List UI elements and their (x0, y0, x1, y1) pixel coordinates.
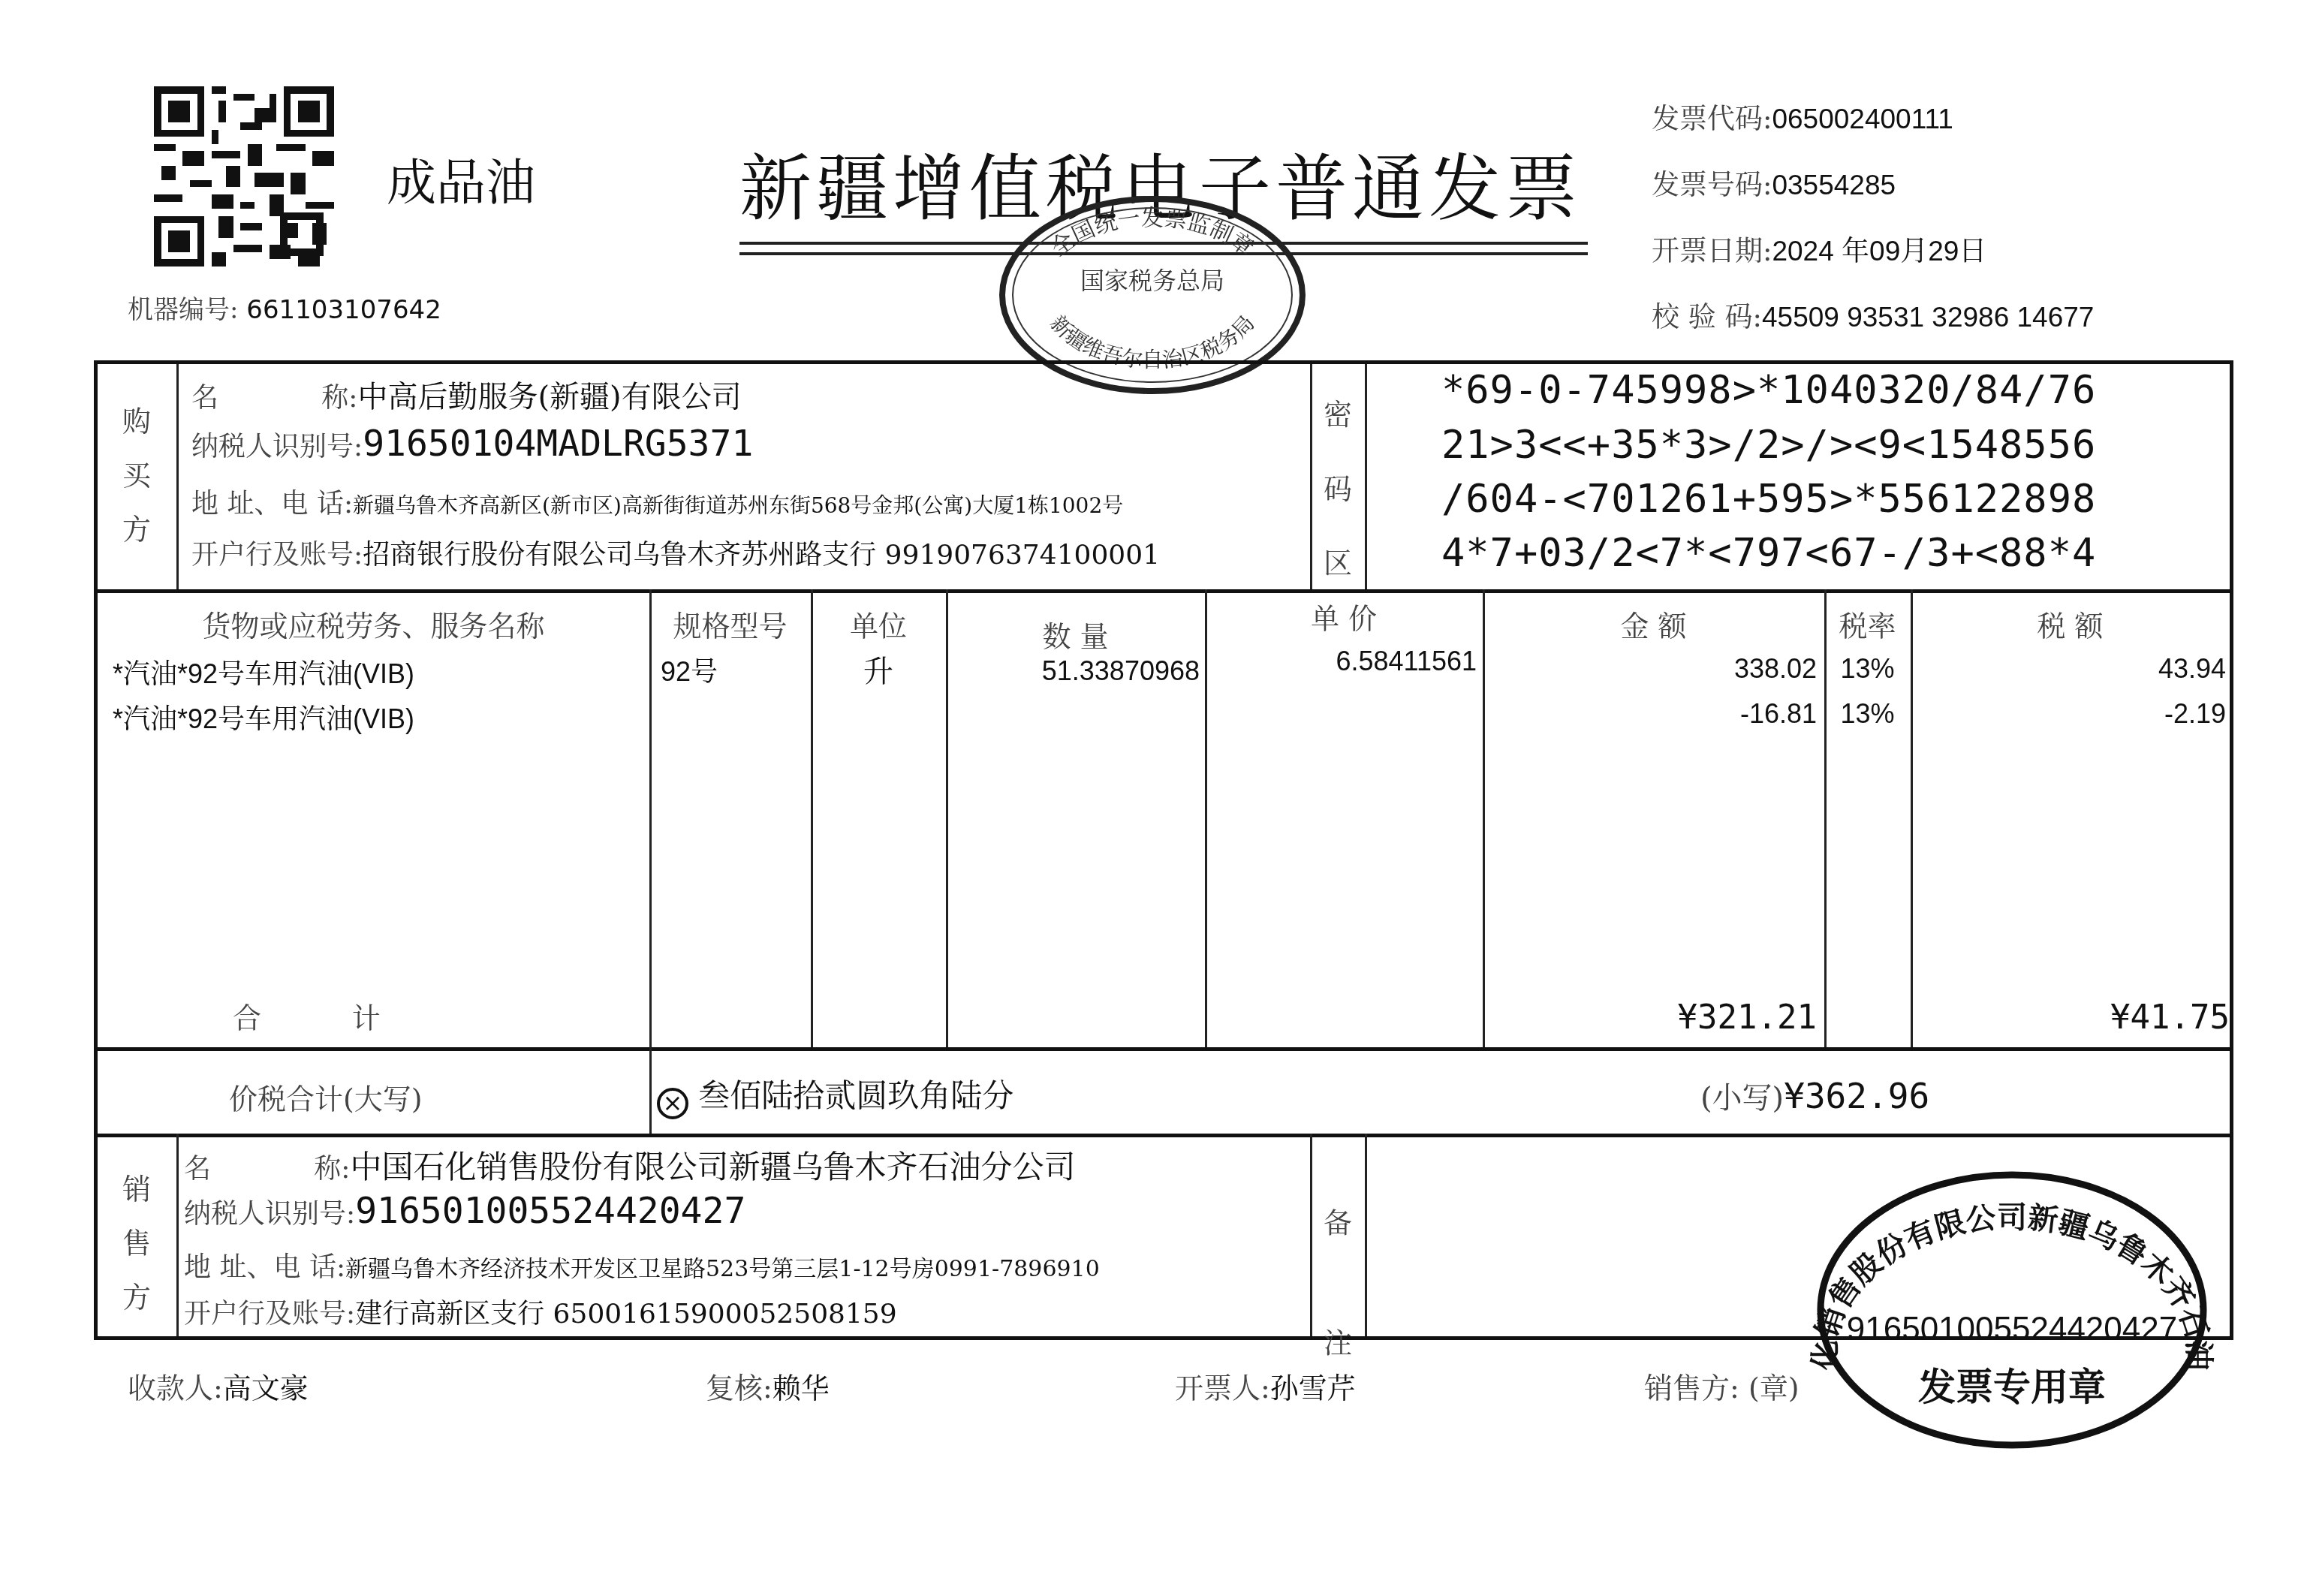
svg-text:916501005524420427: 916501005524420427 (1847, 1311, 2177, 1348)
item-rate: 13% (1824, 698, 1911, 730)
seller-address: 新疆乌鲁木齐经济技术开发区卫星路523号第三层1-12号房0991-789691… (345, 1256, 1100, 1282)
seller-section-label: 销售方 (114, 1162, 159, 1325)
item-amount: 338.02 (1483, 653, 1817, 685)
col-header-amount: 金 额 (1483, 603, 1824, 644)
password-area-label: 密码区 (1315, 378, 1360, 600)
seller-bank: 建行高新区支行 65001615900052508159 (355, 1299, 897, 1329)
issue-date-row: 开票日期:2024 年09月29日 (1652, 218, 2094, 285)
divider (649, 589, 652, 1047)
total-amount: ¥321.21 (1483, 998, 1817, 1037)
issue-date: 2024 年09月29日 (1772, 236, 1986, 267)
divider (1310, 1134, 1312, 1336)
item-tax: -2.19 (1911, 698, 2226, 730)
seller-seal-label: 销售方: (章) (1644, 1365, 1800, 1406)
item-spec: 92号 (661, 651, 718, 689)
divider (1365, 364, 1367, 589)
item-price: 6.58411561 (1205, 646, 1477, 677)
reviewer-name: 赖华 (773, 1372, 830, 1405)
payee-name: 高文豪 (223, 1372, 309, 1405)
divider (1310, 364, 1312, 589)
machine-number-label: 机器编号: (128, 295, 238, 325)
item-name: *汽油*92号车用汽油(VIB) (113, 653, 414, 691)
buyer-name: 中高后勤服务(新疆)有限公司 (357, 380, 741, 414)
seller-address-row: 地 址、电 话:新疆乌鲁木齐经济技术开发区卫星路523号第三层1-12号房099… (184, 1246, 1100, 1284)
invoice-category: 成品油 (387, 143, 535, 214)
item-qty: 51.33870968 (946, 655, 1200, 687)
col-header-qty: 数 量 (946, 613, 1205, 655)
machine-number-value: 661103107642 (246, 295, 441, 325)
grand-total-label: 价税合计(大写) (229, 1076, 423, 1117)
col-header-rate: 税率 (1824, 603, 1911, 644)
machine-number: 机器编号: 661103107642 (128, 289, 441, 326)
qr-code-icon (154, 86, 334, 267)
password-line: *69-0-745998>*1040320/84/76 (1441, 368, 2096, 413)
svg-text:国家税务总局: 国家税务总局 (1080, 267, 1224, 295)
grand-total-lowercase-row: (小写)¥362.96 (1700, 1074, 1929, 1117)
seller-name: 中国石化销售股份有限公司新疆乌鲁木齐石油分公司 (350, 1149, 1075, 1185)
invoice-code: 065002400111 (1772, 104, 1953, 134)
password-line: /604-<701261+595>*556122898 (1441, 477, 2096, 522)
item-amount: -16.81 (1483, 698, 1817, 730)
item-name: *汽油*92号车用汽油(VIB) (113, 698, 414, 736)
reviewer: 复核:赖华 (706, 1365, 830, 1406)
buyer-section-label: 购买方 (114, 394, 159, 557)
item-tax: 43.94 (1911, 653, 2226, 685)
svg-text:发票专用章: 发票专用章 (1918, 1365, 2106, 1409)
col-header-tax: 税 额 (1911, 603, 2230, 644)
payee: 收款人:高文豪 (128, 1365, 309, 1406)
seller-tax-id-row: 纳税人识别号:916501005524420427 (184, 1190, 745, 1232)
seller-tax-id: 916501005524420427 (355, 1190, 745, 1232)
seller-invoice-stamp-icon: 中国石化销售股份有限公司新疆乌鲁木齐石油分公司 9165010055244204… (1809, 1156, 2215, 1456)
grand-total-uppercase-row: × 叁佰陆拾贰圆玖角陆分 (657, 1071, 1013, 1119)
invoice-code-row: 发票代码:065002400111 (1652, 86, 2094, 152)
buyer-address-row: 地 址、电 话:新疆乌鲁木齐高新区(新市区)高新街街道苏州东街568号金邦(公寓… (191, 483, 1123, 521)
buyer-tax-id: 91650104MADLRG5371 (363, 423, 753, 465)
grand-total-row: 价税合计(大写) × 叁佰陆拾贰圆玖角陆分 (小写)¥362.96 (98, 1047, 2230, 1134)
seller-name-row: 名 称:中国石化销售股份有限公司新疆乌鲁木齐石油分公司 (184, 1143, 1075, 1188)
item-unit: 升 (811, 648, 946, 691)
item-rate: 13% (1824, 653, 1911, 685)
invoice-number: 03554285 (1772, 170, 1896, 200)
check-code: 45509 93531 32986 14677 (1762, 302, 2094, 333)
buyer-bank-row: 开户行及账号:招商银行股份有限公司乌鲁木齐苏州路支行 9919076374100… (191, 534, 1160, 572)
grand-total-lowercase: ¥362.96 (1784, 1076, 1929, 1116)
invoice-number-row: 发票号码:03554285 (1652, 152, 2094, 218)
check-code-row: 校 验 码:45509 93531 32986 14677 (1652, 285, 2094, 351)
buyer-address: 新疆乌鲁木齐高新区(新市区)高新街街道苏州东街568号金邦(公寓)大厦1栋100… (353, 493, 1123, 518)
divider (176, 364, 179, 589)
buyer-name-row: 名 称:中高后勤服务(新疆)有限公司 (191, 373, 742, 416)
circle-x-icon: × (657, 1088, 688, 1119)
col-header-spec: 规格型号 (649, 603, 811, 644)
col-header-unit: 单位 (811, 603, 946, 644)
buyer-tax-id-row: 纳税人识别号:91650104MADLRG5371 (191, 423, 753, 465)
divider (176, 1134, 179, 1336)
divider (649, 1047, 652, 1134)
divider (1365, 1134, 1367, 1336)
col-header-name: 货物或应税劳务、服务名称 (98, 603, 649, 644)
password-line: 21>3<<+35*3>/2>/><9<1548556 (1441, 423, 2096, 468)
total-label: 合 计 (233, 995, 381, 1036)
issuer: 开票人:孙雪芹 (1175, 1365, 1356, 1406)
invoice-meta: 发票代码:065002400111 发票号码:03554285 开票日期:202… (1652, 86, 2094, 351)
items-section: 货物或应税劳务、服务名称 规格型号 单位 数 量 单 价 金 额 税率 税 额 … (98, 589, 2230, 1047)
password-line: 4*7+03/2<7*<797<67-/3+<88*4 (1441, 531, 2096, 576)
issuer-name: 孙雪芹 (1270, 1372, 1356, 1405)
buyer-bank: 招商银行股份有限公司乌鲁木齐苏州路支行 9919076374100001 (363, 540, 1160, 571)
total-tax: ¥41.75 (1911, 998, 2230, 1037)
seller-bank-row: 开户行及账号:建行高新区支行 65001615900052508159 (184, 1293, 897, 1331)
col-header-price: 单 价 (1205, 595, 1483, 637)
grand-total-uppercase: 叁佰陆拾贰圆玖角陆分 (698, 1077, 1013, 1114)
